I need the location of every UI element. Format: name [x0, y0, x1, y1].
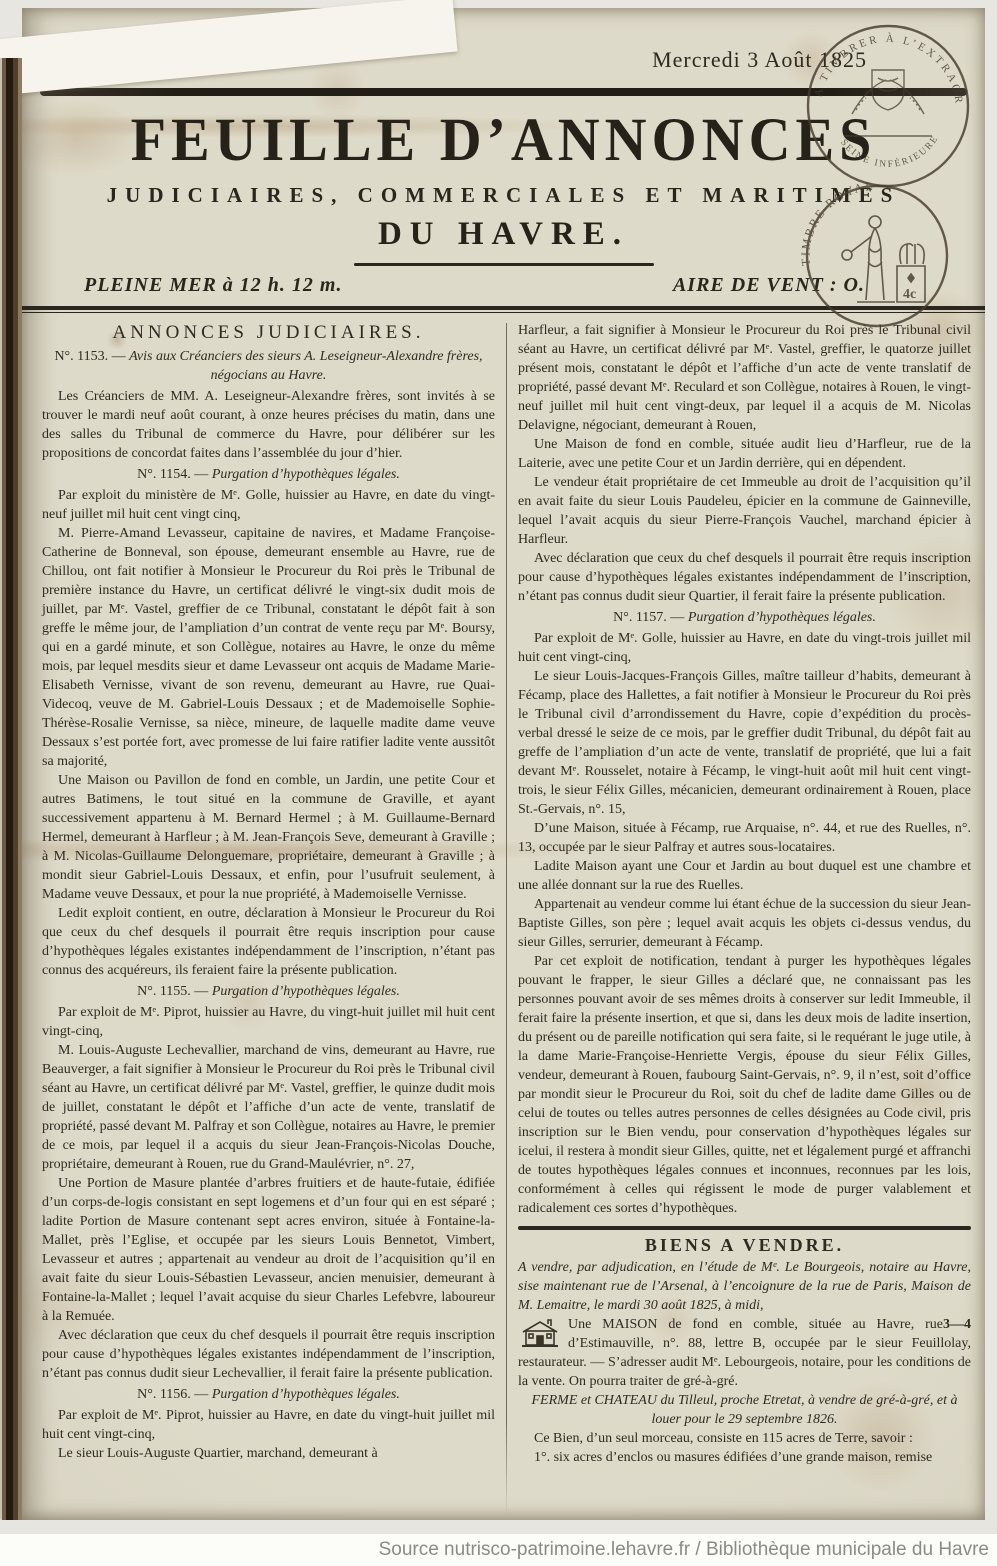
royal-stamp-icon: TIMBRE ROYAL. 4c: [799, 178, 955, 334]
listing-text: Une MAISON de fond en comble, située au …: [518, 1317, 971, 1389]
source-credit-text: Source nutrisco-patrimoine.lehavre.fr / …: [379, 1539, 989, 1561]
notice-paragraph: Ladite Maison ayant une Cour et Jardin a…: [518, 857, 971, 895]
svg-text:A TIMBRER À L’EXTRAORD.: A TIMBRER À L’EXTRAORD.: [800, 18, 965, 107]
notice-paragraph: Par exploit de Mᵉ. Piprot, huissier au H…: [42, 1406, 495, 1444]
house-vignette-icon: [518, 1318, 562, 1350]
notice-paragraph: Le sieur Louis-Auguste Quartier, marchan…: [42, 1444, 495, 1463]
svg-text:SEINE INFÉRIEURE: SEINE INFÉRIEURE: [838, 133, 941, 170]
article-columns: ANNONCES JUDICIAIRES. N°. 1153. — Avis a…: [22, 316, 985, 1517]
notice-paragraph: Avec déclaration que ceux du chef desque…: [518, 549, 971, 606]
notice-title: Purgation d’hypothèques légales.: [212, 984, 400, 999]
notice-paragraph: Par exploit de Mᵉ. Golle, huissier au Ha…: [518, 629, 971, 667]
source-credit: Source nutrisco-patrimoine.lehavre.fr / …: [0, 1534, 997, 1566]
notice-heading-1157: N°. 1157. — Purgation d’hypothèques léga…: [518, 608, 971, 627]
notice-paragraph: Appartenait au vendeur comme lui étant é…: [518, 895, 971, 952]
section-title-judiciaires: ANNONCES JUDICIAIRES.: [42, 323, 495, 342]
notice-paragraph: Par exploit de Mᵉ. Piprot, huissier au H…: [42, 1003, 495, 1041]
notice-paragraph: Une Portion de Masure plantée d’arbres f…: [42, 1174, 495, 1326]
notice-heading-1155: N°. 1155. — Purgation d’hypothèques léga…: [42, 982, 495, 1001]
notice-paragraph: Ledit exploit contient, en outre, déclar…: [42, 904, 495, 980]
notice-paragraph: Le sieur Louis-Jacques-François Gilles, …: [518, 667, 971, 819]
notice-paragraph: Par cet exploit de notification, tendant…: [518, 952, 971, 1218]
left-column: ANNONCES JUDICIAIRES. N°. 1153. — Avis a…: [42, 321, 495, 1517]
notice-number: N°. 1153. —: [54, 349, 125, 364]
notice-paragraph: Les Créanciers de MM. A. Leseigneur-Alex…: [42, 387, 495, 463]
notice-heading-1156: N°. 1156. — Purgation d’hypothèques léga…: [42, 1385, 495, 1404]
book-binding-edge: [0, 58, 22, 1520]
notice-title: Purgation d’hypothèques légales.: [212, 1387, 400, 1402]
column-divider-rule: [506, 323, 507, 1517]
notice-paragraph: D’une Maison, située à Fécamp, rue Arqua…: [518, 819, 971, 857]
notice-number: N°. 1157. —: [613, 610, 684, 625]
notice-number: N°. 1155. —: [137, 984, 208, 999]
sale-paragraph: Ce Bien, d’un seul morceau, consiste en …: [518, 1429, 971, 1448]
scan-background-band: [0, 1520, 997, 1534]
notice-title: Purgation d’hypothèques légales.: [688, 610, 876, 625]
section-divider-rule: [518, 1226, 971, 1230]
sale-listing-ferme-chateau: FERME et CHATEAU du Tilleul, proche Etre…: [518, 1391, 971, 1429]
tide-info: PLEINE MER à 12 h. 12 m.: [84, 274, 342, 297]
notice-paragraph: Par exploit du ministère de Mᵉ. Golle, h…: [42, 486, 495, 524]
notice-number: N°. 1154. —: [137, 467, 208, 482]
notice-number: N°. 1156. —: [137, 1387, 208, 1402]
notice-paragraph: Une Maison de fond en comble, située aud…: [518, 435, 971, 473]
svg-text:4c: 4c: [903, 287, 916, 302]
scanned-newspaper-view: { "masthead": { "issue_label": "N°. 492.…: [0, 0, 997, 1566]
section-title-biens-a-vendre: BIENS A VENDRE.: [518, 1236, 971, 1255]
notice-paragraph: Avec déclaration que ceux du chef desque…: [42, 1326, 495, 1383]
svg-text:TIMBRE ROYAL.: TIMBRE ROYAL.: [799, 178, 875, 266]
notice-paragraph: M. Pierre-Amand Levasseur, capitaine de …: [42, 524, 495, 771]
notice-title: Purgation d’hypothèques légales.: [212, 467, 400, 482]
notice-heading-1154: N°. 1154. — Purgation d’hypothèques léga…: [42, 465, 495, 484]
notice-paragraph: Le vendeur était propriétaire de cet Imm…: [518, 473, 971, 549]
notice-paragraph: M. Louis-Auguste Lechevallier, marchand …: [42, 1041, 495, 1174]
sale-intro-paragraph: A vendre, par adjudication, en l’étude d…: [518, 1258, 971, 1315]
sale-paragraph: 1°. six acres d’enclos ou masures édifié…: [518, 1448, 971, 1467]
sale-listing-maison: 3—4 Une MAISON de fond en comble, située…: [518, 1315, 971, 1391]
notice-heading-1153: N°. 1153. — Avis aux Créanciers des sieu…: [42, 347, 495, 385]
right-column: Harfleur, a fait signifier à Monsieur le…: [518, 321, 971, 1517]
notice-paragraph: Harfleur, a fait signifier à Monsieur le…: [518, 321, 971, 435]
listing-reference: 3—4: [943, 1315, 971, 1334]
tax-stamp-icon: A TIMBRER À L’EXTRAORD. SEINE INFÉRIEURE: [800, 18, 976, 194]
notice-title: Avis aux Créanciers des sieurs A. Leseig…: [129, 349, 482, 383]
notice-paragraph: Une Maison ou Pavillon de fond en comble…: [42, 771, 495, 904]
